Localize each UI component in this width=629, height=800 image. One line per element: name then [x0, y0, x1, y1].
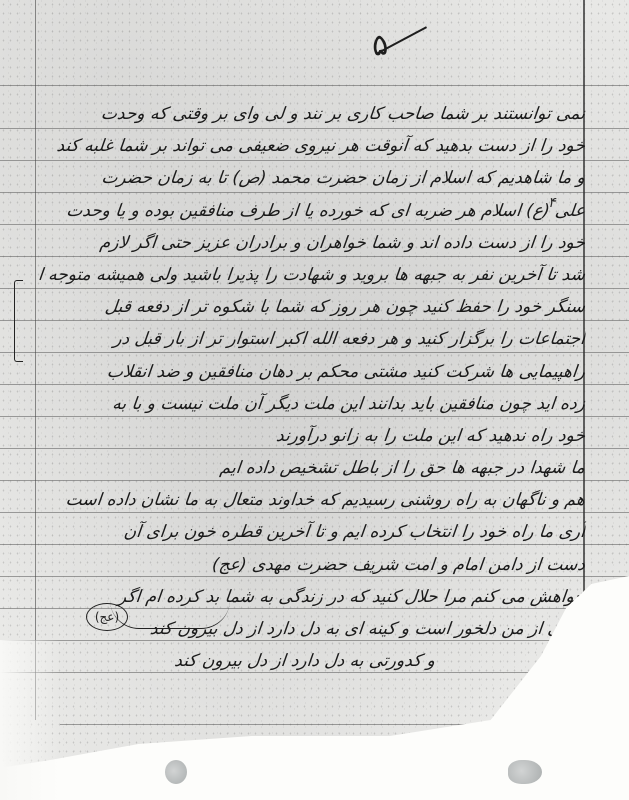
text-line: آری ما راه خود را انتخاب کرده ایم و تا آ…: [38, 516, 586, 548]
text-line: خود راه ندهید که این ملت را به زانو درآو…: [38, 420, 586, 452]
text-line: علی (ع) اسلام هر ضربه ای که خورده یا از …: [38, 195, 586, 227]
binder-hole-left: [165, 760, 187, 784]
pen-swash: [110, 600, 230, 629]
text-line: نمی توانستند بر شما صاحب کاری بر نند و ل…: [38, 98, 586, 130]
left-margin-line: [35, 0, 36, 720]
margin-bracket: [14, 280, 23, 362]
ruled-line: [60, 724, 530, 725]
text-line: اجتماعات را برگزار کنید و هر دفعه الله ا…: [38, 323, 586, 355]
text-line: شد تا آخرین نفر به جبهه ها بروید و شهادت…: [38, 259, 586, 291]
text-line: خود را از دست داده اند و شما خواهران و ب…: [38, 227, 586, 259]
text-line: خود را از دست بدهید که آنوقت هر نیروی ضع…: [38, 130, 586, 162]
manuscript-page: ۵ نمی توانستند بر شما صاحب کاری بر نند و…: [0, 0, 629, 800]
text-line: راهپیمایی ها شرکت کنید مشتی محکم بر دهان…: [38, 356, 586, 388]
binder-hole-right: [508, 760, 542, 784]
paper-edge: [0, 640, 60, 800]
text-line: هم و ناگهان به راه روشنی رسیدیم که خداون…: [38, 484, 586, 516]
margin-note: ۴: [548, 195, 556, 211]
handwritten-text: نمی توانستند بر شما صاحب کاری بر نند و ل…: [40, 98, 585, 677]
ruled-line: [0, 85, 629, 86]
text-line: و ما شاهدیم که اسلام از زمان حضرت محمد (…: [38, 162, 586, 194]
text-line: دست از دامن امام و امت شریف حضرت مهدی (ع…: [38, 549, 586, 581]
text-line: ما شهدا در جبهه ها حق را از باطل تشخیص د…: [38, 452, 586, 484]
text-line: زده اید چون منافقین باید بدانند این ملت …: [38, 388, 586, 420]
text-line: سنگر خود را حفظ کنید چون هر روز که شما ب…: [38, 291, 586, 323]
text-line: و کدورتی به دل دارد از دل بیرون کند: [38, 645, 586, 677]
